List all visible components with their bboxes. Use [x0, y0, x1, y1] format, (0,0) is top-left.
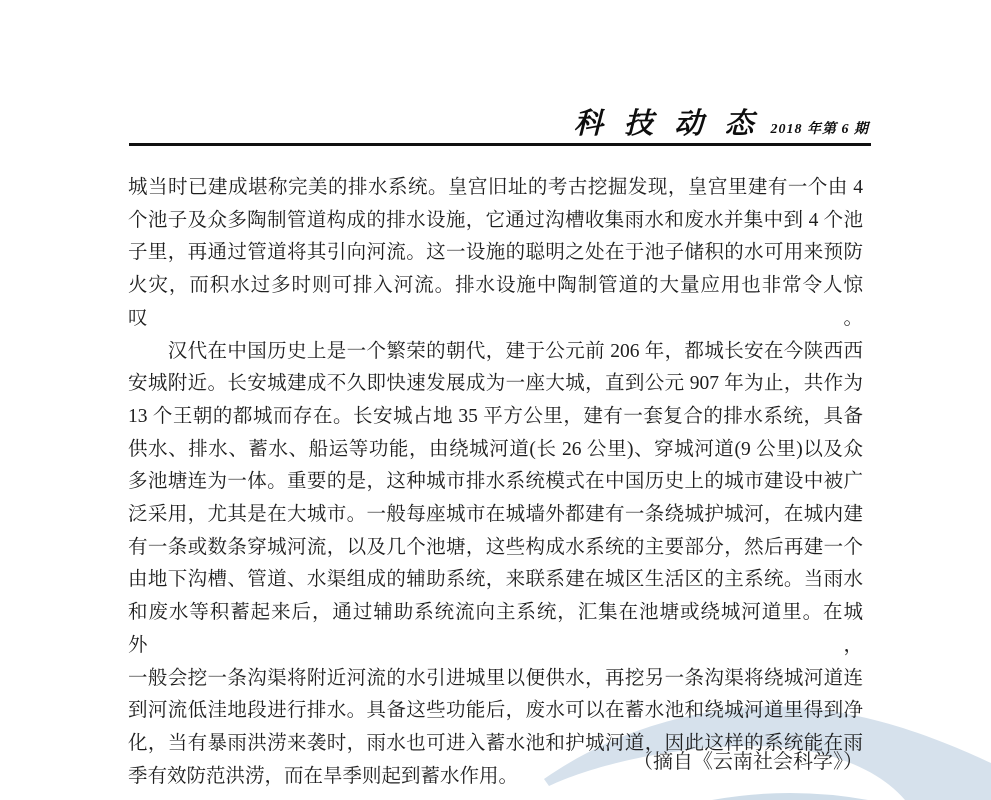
text-line: 供水、排水、蓄水、船运等功能，由绕城河道(长 26 公里)、穿城河道(9 公里)…: [128, 434, 863, 467]
journal-title: 科 技 动 态: [574, 108, 761, 140]
text-line: 由地下沟槽、管道、水渠组成的辅助系统，来联系建在城区生活区的主系统。当雨水: [128, 564, 863, 597]
source-attribution: （摘自《云南社会科学》）: [128, 749, 863, 775]
watermark-inner-arc-shape: [712, 793, 868, 800]
header-rule: [129, 143, 871, 146]
text-line: 多池塘连为一体。重要的是，这种城市排水系统模式在中国历史上的城市建设中被广: [128, 466, 863, 499]
text-line: 子里，再通过管道将其引向河流。这一设施的聪明之处在于池子储积的水可用来预防: [128, 237, 863, 270]
text-line: 个池子及众多陶制管道构成的排水设施，它通过沟槽收集雨水和废水并集中到 4 个池: [128, 205, 863, 238]
document-page: 科 技 动 态 2018 年第 6 期 城当时已建成堪称完美的排水系统。皇宫旧址…: [0, 0, 991, 800]
text-line: 城当时已建成堪称完美的排水系统。皇宫旧址的考古挖掘发现，皇宫里建有一个由 4: [128, 172, 863, 205]
text-line: 一般会挖一条沟渠将附近河流的水引进城里以便供水，再挖另一条沟渠将绕城河道连: [128, 663, 863, 696]
text-line: 有一条或数条穿城河流，以及几个池塘，这些构成水系统的主要部分，然后再建一个: [128, 532, 863, 565]
text-line: 泛采用，尤其是在大城市。一般每座城市在城墙外都建有一条绕城护城河，在城内建: [128, 499, 863, 532]
text-line: 和废水等积蓄起来后，通过辅助系统流向主系统，汇集在池塘或绕城河道里。在城外，: [128, 597, 863, 662]
text-line: 汉代在中国历史上是一个繁荣的朝代，建于公元前 206 年，都城长安在今陕西西: [128, 336, 863, 369]
text-line: 13 个王朝的都城而存在。长安城占地 35 平方公里，建有一套复合的排水系统，具…: [128, 401, 863, 434]
body-text: 城当时已建成堪称完美的排水系统。皇宫旧址的考古挖掘发现，皇宫里建有一个由 4个池…: [128, 172, 863, 793]
text-line: 到河流低洼地段进行排水。具备这些功能后，废水可以在蓄水池和绕城河道里得到净: [128, 695, 863, 728]
text-line: 安城附近。长安城建成不久即快速发展成为一座大城，直到公元 907 年为止，共作为: [128, 368, 863, 401]
issue-label: 2018 年第 6 期: [771, 122, 870, 137]
text-line: 火灾，而积水过多时则可排入河流。排水设施中陶制管道的大量应用也非常令人惊叹。: [128, 270, 863, 335]
page-header: 科 技 动 态 2018 年第 6 期: [0, 101, 869, 142]
